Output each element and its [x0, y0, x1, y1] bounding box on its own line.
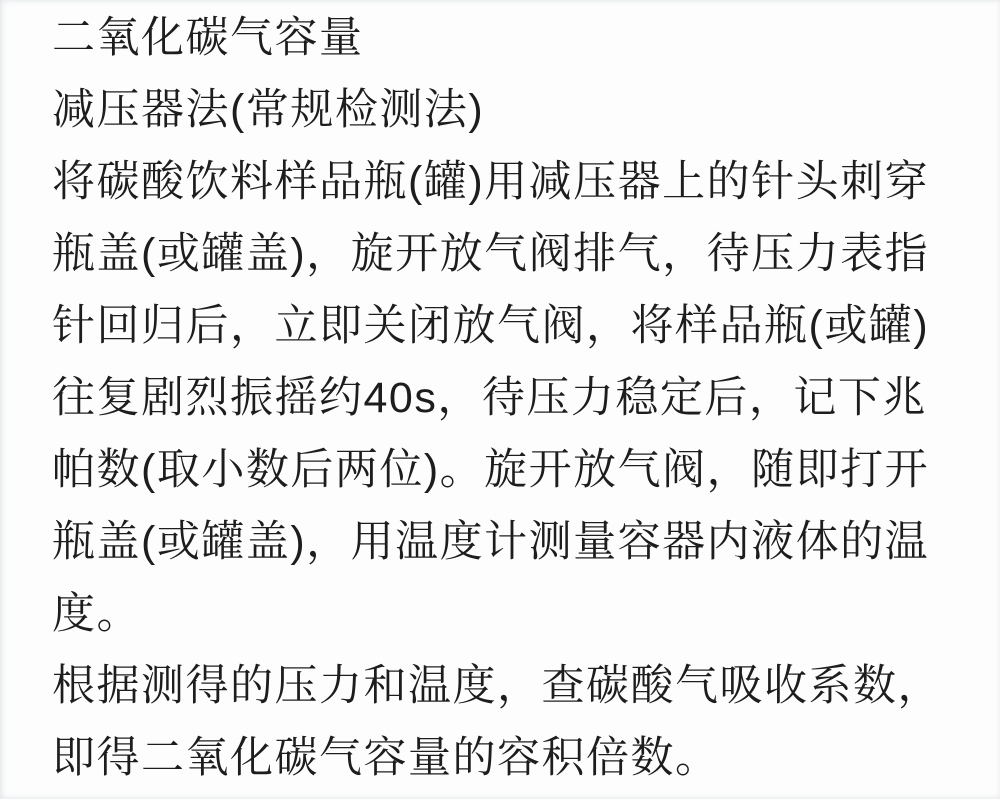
document-page: 二氧化碳气容量 减压器法(常规检测法) 将碳酸饮料样品瓶(罐)用减压器上的针头刺…: [0, 0, 1000, 799]
procedure-line-4: 往复剧烈振摇约40s，待压力稳定后，记下兆: [52, 362, 970, 434]
procedure-line-5: 帕数(取小数后两位)。旋开放气阀，随即打开: [52, 434, 970, 506]
procedure-line-2: 瓶盖(或罐盖)，旋开放气阀排气，待压力表指: [52, 218, 970, 290]
procedure-line-3: 针回归后，立即关闭放气阀，将样品瓶(或罐): [52, 290, 970, 362]
text-block: 二氧化碳气容量 减压器法(常规检测法) 将碳酸饮料样品瓶(罐)用减压器上的针头刺…: [52, 2, 970, 794]
method-name: 减压器法(常规检测法): [52, 74, 970, 146]
procedure-line-1: 将碳酸饮料样品瓶(罐)用减压器上的针头刺穿: [52, 146, 970, 218]
procedure-line-6: 瓶盖(或罐盖)，用温度计测量容器内液体的温: [52, 506, 970, 578]
calculation-line-1: 根据测得的压力和温度，查碳酸气吸收系数，: [52, 650, 970, 722]
document-title: 二氧化碳气容量: [52, 2, 970, 74]
calculation-line-2: 即得二氧化碳气容量的容积倍数。: [52, 722, 970, 794]
procedure-line-7: 度。: [52, 578, 970, 650]
